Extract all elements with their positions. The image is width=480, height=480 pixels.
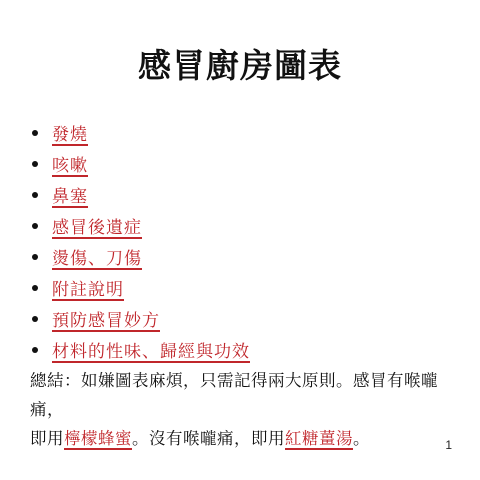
link-burns-cuts[interactable]: 燙傷、刀傷 xyxy=(52,244,142,269)
list-item: 感冒後遺症 xyxy=(30,210,250,241)
page-number: 1 xyxy=(445,438,452,452)
summary-text-suffix: 。 xyxy=(353,429,370,448)
bullet-icon xyxy=(32,161,38,167)
link-cough[interactable]: 咳嗽 xyxy=(52,151,88,176)
summary-text-middle: 。沒有喉嚨痛，即用 xyxy=(132,429,285,448)
bullet-icon xyxy=(32,223,38,229)
summary-text-prefix: 即用 xyxy=(30,429,64,448)
link-brown-sugar-ginger[interactable]: 紅糖薑湯 xyxy=(285,429,353,448)
bullet-icon xyxy=(32,316,38,322)
bullet-icon xyxy=(32,254,38,260)
slide-title: 感冒廚房圖表 xyxy=(0,40,480,87)
link-nasal-congestion[interactable]: 鼻塞 xyxy=(52,182,88,207)
bullet-icon xyxy=(32,192,38,198)
link-ingredients[interactable]: 材料的性味、歸經與功效 xyxy=(52,337,250,362)
list-item: 預防感冒妙方 xyxy=(30,303,250,334)
link-prevention[interactable]: 預防感冒妙方 xyxy=(52,306,160,331)
bullet-icon xyxy=(32,130,38,136)
bullet-icon xyxy=(32,347,38,353)
list-item: 材料的性味、歸經與功效 xyxy=(30,334,250,365)
list-item: 咳嗽 xyxy=(30,148,250,179)
link-fever[interactable]: 發燒 xyxy=(52,120,88,145)
bullet-icon xyxy=(32,285,38,291)
summary-text: 總結：如嫌圖表麻煩，只需記得兩大原則。感冒有喉嚨痛， 即用檸檬蜂蜜。沒有喉嚨痛，… xyxy=(30,366,460,453)
summary-line-1: 總結：如嫌圖表麻煩，只需記得兩大原則。感冒有喉嚨痛， xyxy=(30,366,460,424)
summary-line-2: 即用檸檬蜂蜜。沒有喉嚨痛，即用紅糖薑湯。 xyxy=(30,424,460,453)
topic-list: 發燒 咳嗽 鼻塞 感冒後遺症 燙傷、刀傷 附註說明 預防感冒妙方 材料的性味、歸… xyxy=(30,117,250,365)
link-notes[interactable]: 附註說明 xyxy=(52,275,124,300)
list-item: 附註說明 xyxy=(30,272,250,303)
list-item: 發燒 xyxy=(30,117,250,148)
list-item: 燙傷、刀傷 xyxy=(30,241,250,272)
list-item: 鼻塞 xyxy=(30,179,250,210)
link-after-effects[interactable]: 感冒後遺症 xyxy=(52,213,142,238)
link-lemon-honey[interactable]: 檸檬蜂蜜 xyxy=(64,429,132,448)
